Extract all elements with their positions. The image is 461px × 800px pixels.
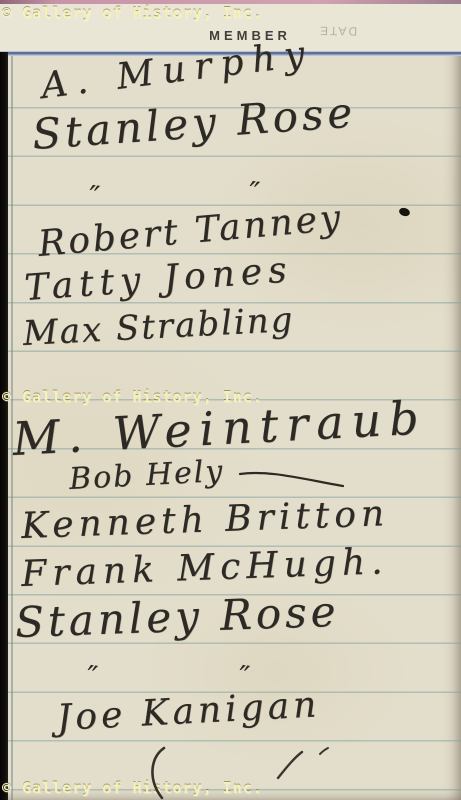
scanned-album-page: MEMBER DATE © Gallery of History, Inc. ©…	[0, 0, 461, 800]
book-binding-edge	[0, 52, 8, 800]
partial-signature-strokes	[130, 742, 350, 800]
member-heading: MEMBER	[0, 28, 461, 43]
watermark-top: © Gallery of History, Inc.	[2, 4, 263, 22]
faint-date-showthrough: DATE	[318, 24, 357, 39]
pen-flourish-stroke	[238, 468, 348, 490]
